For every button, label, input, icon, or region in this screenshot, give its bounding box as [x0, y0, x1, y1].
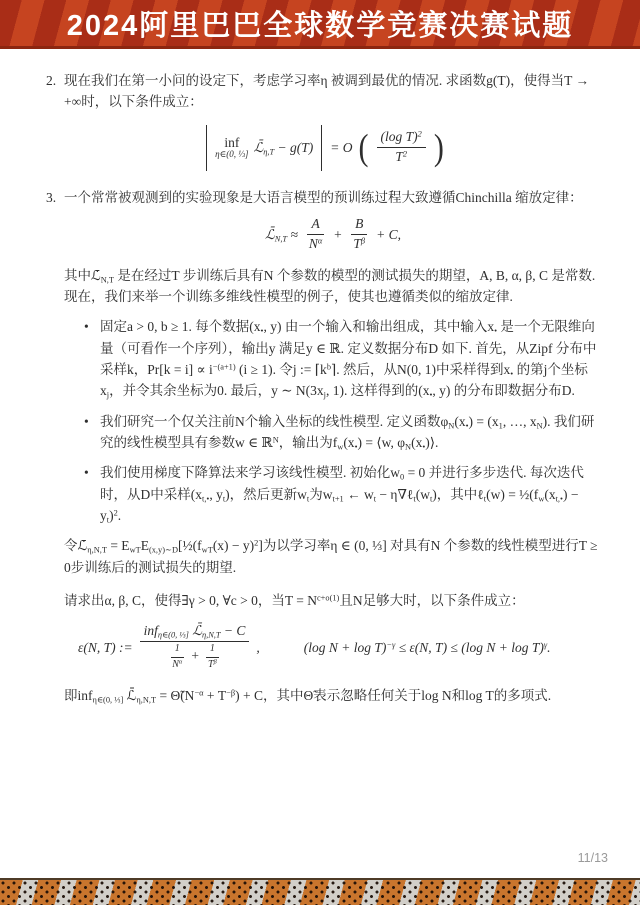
- page-title: 2024阿里巴巴全球数学竞赛决赛试题: [67, 3, 574, 44]
- problem-2-number: 2.: [46, 70, 64, 113]
- bullet-linear-model: • 我们研究一个仅关注前N个输入坐标的线性模型. 定义函数φN(x•) = (x…: [84, 411, 602, 454]
- problem-3: 3. 一个常常被观测到的实验现象是大语言模型的预训练过程大致遵循Chinchil…: [46, 187, 602, 709]
- plus-sign: +: [333, 224, 342, 245]
- document-body: 2. 现在我们在第一小问的设定下，考虑学习率η 被调到最优的情况. 求函数g(T…: [0, 49, 640, 709]
- problem-2-text: 现在我们在第一小问的设定下，考虑学习率η 被调到最优的情况. 求函数g(T)，使…: [64, 70, 602, 113]
- bullet-icon: •: [84, 462, 100, 526]
- formula-relation: = O: [330, 137, 352, 158]
- formula-chinchilla: ℒ̄N,T ≈ A Nα + B Tβ + C,: [64, 216, 602, 253]
- footer-stripe-decoration: [0, 878, 640, 905]
- formula-epsilon: ε(N, T) := infη∈(0, ⅓] ℒ̄η,N,T − C 1 Nα …: [78, 623, 602, 671]
- abs-bar-left: [206, 125, 207, 171]
- bullet-gradient-descent: • 我们使用梯度下降算法来学习该线性模型. 初始化w0 = 0 并进行多步迭代.…: [84, 462, 602, 526]
- header-banner: 2024阿里巴巴全球数学竞赛决赛试题: [0, 0, 640, 49]
- document-page: 2024阿里巴巴全球数学竞赛决赛试题 2. 现在我们在第一小问的设定下，考虑学习…: [0, 0, 640, 905]
- chinchilla-lhs: ℒ̄N,T ≈: [265, 224, 298, 245]
- epsilon-lhs: ε(N, T) :=: [78, 637, 133, 658]
- para-define-loss: 令ℒ̄η,N,T = EwTE(x,y)∼D[½(fwT(x) − y)2]为以…: [64, 535, 602, 578]
- fraction-logT: (log T)2 T2: [377, 129, 426, 166]
- problem-3-text: 一个常常被观测到的实验现象是大语言模型的预训练过程大致遵循Chinchilla …: [64, 187, 602, 208]
- footer-page-number: 11/13: [578, 851, 608, 865]
- epsilon-bounds: (log N + log T)−γ ≤ ε(N, T) ≤ (log N + l…: [304, 637, 551, 658]
- paren-close: ): [434, 129, 444, 167]
- paren-open: (: [359, 129, 369, 167]
- fraction-A-N: A Nα: [305, 216, 326, 253]
- plus-sign: +: [191, 648, 200, 663]
- abs-bar-right: [321, 125, 322, 171]
- para-scaling-law: 其中ℒ̄N,T 是在经过T 步训练后具有N 个参数的模型的测试损失的期望，A, …: [64, 265, 602, 308]
- mini-fraction-T: 1 Tβ: [204, 643, 221, 671]
- problem-2: 2. 现在我们在第一小问的设定下，考虑学习率η 被调到最优的情况. 求函数g(T…: [46, 70, 602, 113]
- comma: ,: [256, 637, 259, 658]
- formula-optimal-lr: inf η∈(0, ⅓] ℒ̄η,T − g(T) = O ( (log T)2…: [46, 125, 602, 171]
- fraction-epsilon: infη∈(0, ⅓] ℒ̄η,N,T − C 1 Nα + 1 Tβ: [140, 623, 250, 671]
- formula-body: ℒ̄η,T − g(T): [254, 137, 314, 158]
- mini-fraction-N: 1 Nα: [168, 643, 186, 671]
- problem-3-number: 3.: [46, 187, 64, 709]
- problem-3-body: 一个常常被观测到的实验现象是大语言模型的预训练过程大致遵循Chinchilla …: [64, 187, 602, 709]
- bullet-data-distribution: • 固定a > 0, b ≥ 1. 每个数据(x•, y) 由一个输入和输出组成…: [84, 316, 602, 401]
- para-conclusion: 即infη∈(0, ⅓] ℒ̄η,N,T = Θ̃(N−α + T−β) + C…: [64, 685, 602, 706]
- fraction-B-T: B Tβ: [349, 216, 369, 253]
- bullet-icon: •: [84, 411, 100, 454]
- chinchilla-tail: + C,: [376, 224, 401, 245]
- bullet-icon: •: [84, 316, 100, 401]
- fraction-epsilon-denominator: 1 Nα + 1 Tβ: [163, 642, 225, 671]
- inf-operator: inf η∈(0, ⅓]: [215, 136, 248, 160]
- para-question: 请求出α, β, C，使得∃γ > 0, ∀c > 0，当T = Nc+o(1)…: [64, 590, 602, 611]
